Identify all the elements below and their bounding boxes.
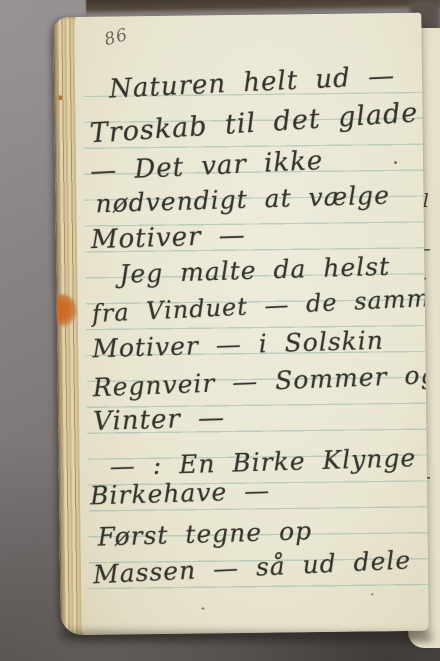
page-drop-shadow [60,631,432,643]
handwriting-line: Birkehave — [90,476,271,510]
page-number: 86 [102,25,130,50]
rust-speck [58,95,62,100]
handwriting-line: Vinter — [93,403,226,437]
paper-speck [371,593,373,595]
handwriting-line: Motiver — [91,221,247,256]
notebook-page: 86 Naturen helt ud — Troskab til det gla… [53,13,429,635]
paper-speck [394,161,397,164]
page-surface: 86 Naturen helt ud — Troskab til det gla… [74,13,429,635]
paper-speck [201,607,204,609]
photo-background: J h sl — ~ d u n R — t h 86 Naturen helt… [0,0,440,661]
